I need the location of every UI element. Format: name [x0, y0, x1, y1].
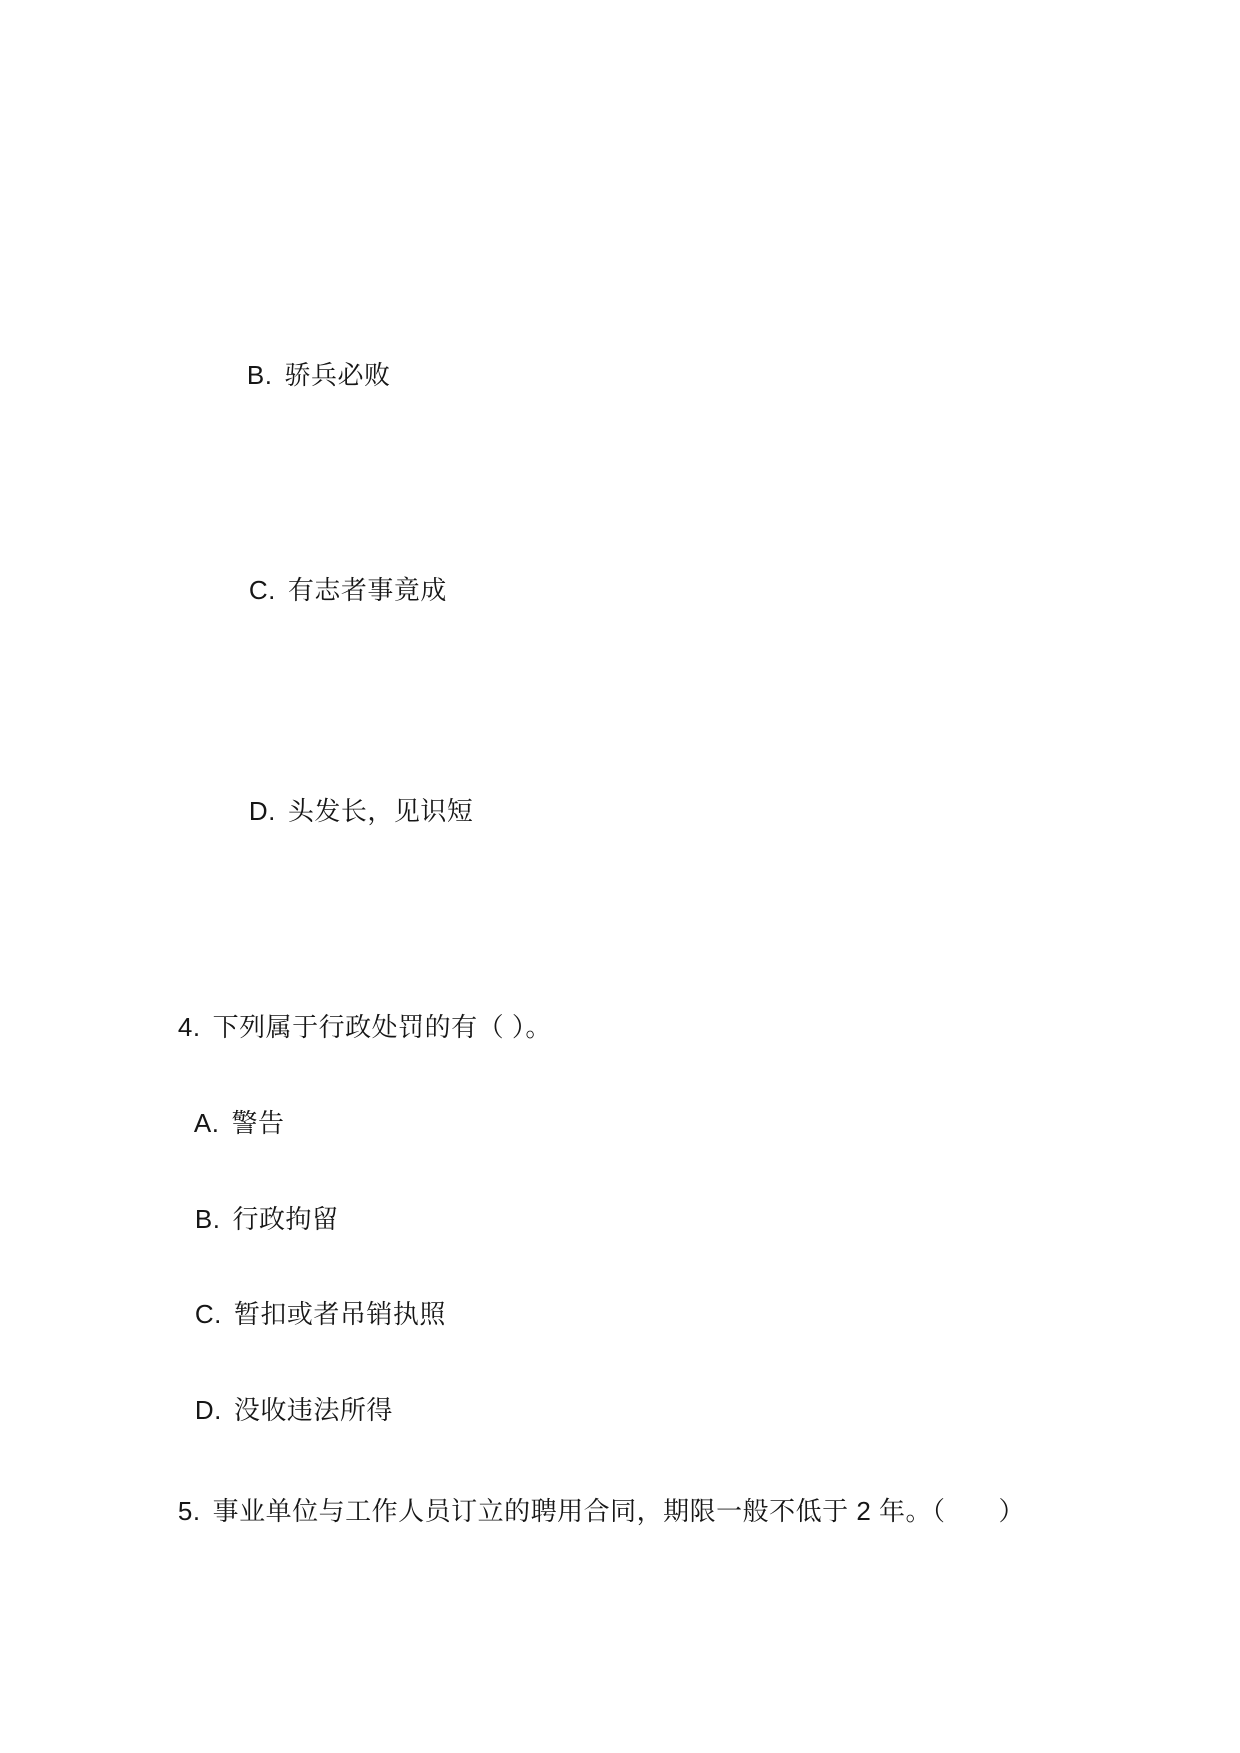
question-number: 5. — [178, 1495, 201, 1528]
question4-option-b: B.行政拘留 — [164, 1170, 339, 1268]
option-text: 头发长，见识短 — [288, 795, 474, 828]
option-label: B. — [195, 1203, 221, 1236]
question4-option-c: C.暂扣或者吊销执照 — [164, 1265, 446, 1363]
question3-option-c: C.有志者事竟成 — [218, 541, 447, 639]
option-text: 没收违法所得 — [234, 1394, 393, 1427]
option-text: 行政拘留 — [232, 1203, 338, 1236]
option-text: 警告 — [231, 1107, 284, 1140]
option-label: C. — [195, 1298, 222, 1331]
question3-option-b: B.骄兵必败 — [216, 326, 391, 424]
option-label: D. — [249, 795, 276, 828]
option-text: 有志者事竟成 — [288, 574, 447, 607]
question5-stem: 5.事业单位与工作人员订立的聘用合同，期限一般不低于 2 年。（ ） — [147, 1462, 1025, 1560]
exam-document-page: B.骄兵必败 C.有志者事竟成 D.头发长，见识短 4.下列属于行政处罚的有（ … — [0, 0, 1240, 1753]
question4-stem: 4.下列属于行政处罚的有（ ）。 — [147, 978, 552, 1076]
question-number: 4. — [178, 1011, 201, 1044]
question-text: 事业单位与工作人员订立的聘用合同，期限一般不低于 2 年。（ ） — [213, 1495, 1025, 1528]
option-label: C. — [249, 574, 276, 607]
question3-option-d: D.头发长，见识短 — [218, 762, 473, 860]
option-label: A. — [194, 1107, 220, 1140]
question4-option-d: D.没收违法所得 — [164, 1361, 393, 1459]
option-label: D. — [195, 1394, 222, 1427]
option-label: B. — [247, 359, 273, 392]
option-text: 暂扣或者吊销执照 — [234, 1298, 446, 1331]
option-text: 骄兵必败 — [284, 359, 390, 392]
question4-option-a: A.警告 — [163, 1074, 285, 1172]
question-text: 下列属于行政处罚的有（ ）。 — [213, 1011, 552, 1044]
